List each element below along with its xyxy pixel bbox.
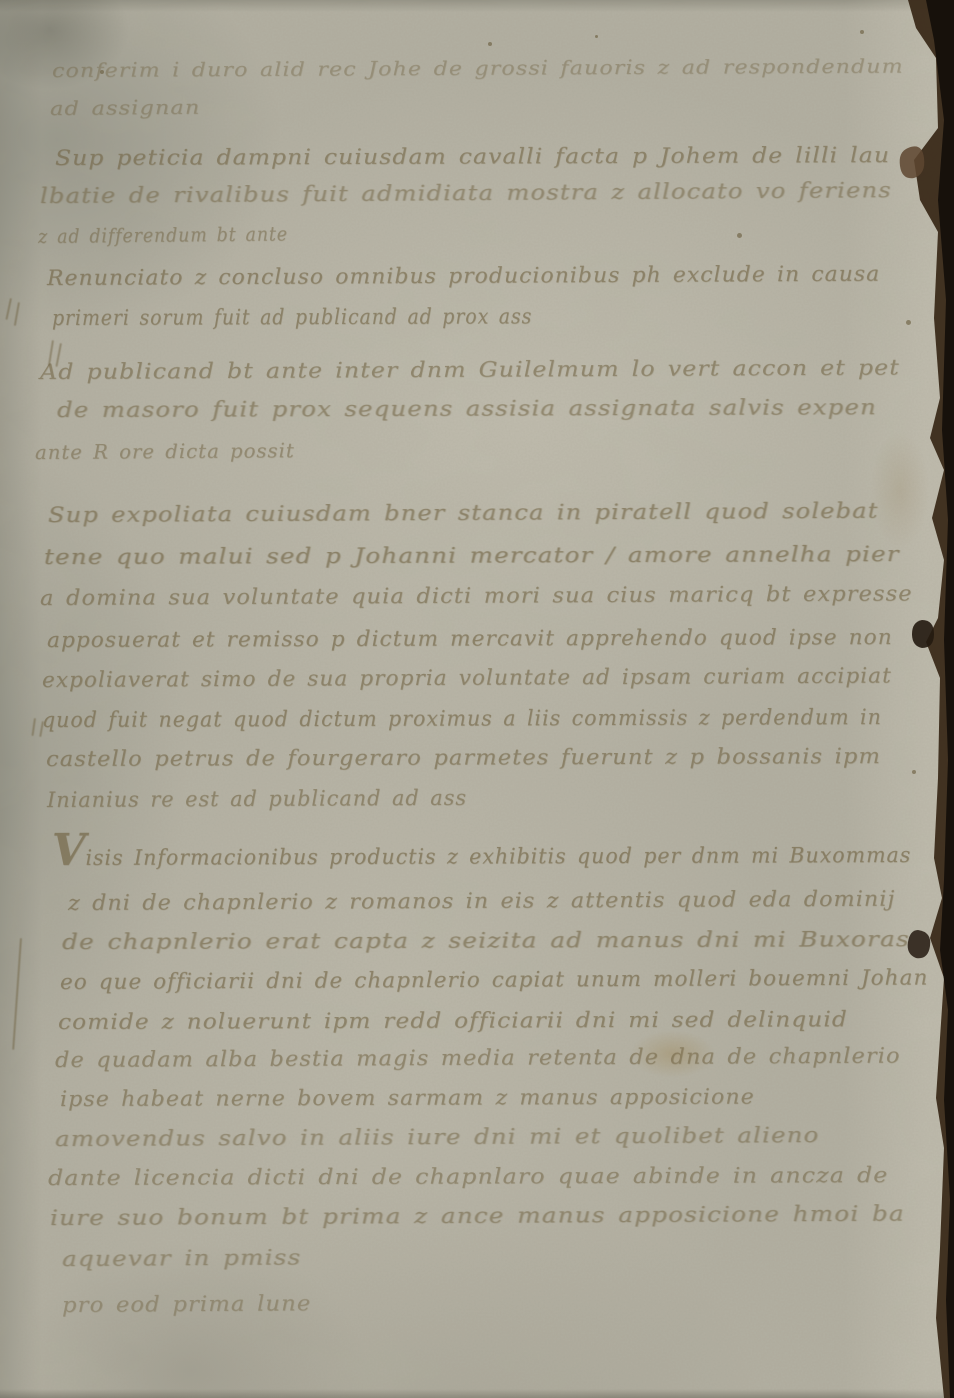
- ink-dot-7: [100, 70, 104, 74]
- manuscript-line-15: expoliaverat simo de sua propria volunta…: [42, 664, 892, 692]
- manuscript-line-9: de masoro fuit prox sequens assisia assi…: [57, 395, 877, 422]
- manuscript-line-13: a domina sua voluntate quia dicti mori s…: [40, 581, 913, 610]
- ink-dot-5: [860, 30, 864, 34]
- manuscript-line-12: tene quo malui sed p Johanni mercator / …: [44, 542, 900, 569]
- ink-dot-4: [595, 35, 598, 38]
- manuscript-line-6: Renunciato z concluso omnibus producioni…: [47, 262, 880, 290]
- manuscript-line-10: ante R ore dicta possit: [35, 438, 295, 464]
- manuscript-line-7: primeri sorum fuit ad publicand ad prox …: [52, 304, 532, 330]
- manuscript-line-21: de chapnlerio erat capta z seizita ad ma…: [62, 927, 910, 954]
- manuscript-line-5: z ad differendum bt ante: [38, 221, 288, 248]
- manuscript-line-8: Ad publicand bt ante inter dnm Guilelmum…: [40, 355, 900, 384]
- margin-ink-stroke-5: [12, 938, 22, 1050]
- manuscript-line-30: pro eod prima lune: [62, 1291, 312, 1317]
- manuscript-line-19: Visis Informacionibus productis z exhibi…: [52, 843, 911, 870]
- manuscript-line-27: dante licencia dicti dni de chapnlaro qu…: [48, 1163, 889, 1190]
- manuscript-line-25: ipse habeat nerne bovem sarmam z manus a…: [60, 1085, 755, 1111]
- manuscript-line-29: aquevar in pmiss: [62, 1245, 302, 1271]
- manuscript-line-17: castello petrus de fourgeraro parmetes f…: [46, 744, 881, 771]
- manuscript-page: conferim i duro alid rec Johe de grossi …: [0, 0, 954, 1398]
- manuscript-line-28: iure suo bonum bt prima z ance manus app…: [50, 1202, 905, 1230]
- manuscript-line-16: quod fuit negat quod dictum proximus a l…: [42, 705, 882, 732]
- manuscript-line-26: amovendus salvo in aliis iure dni mi et …: [55, 1123, 820, 1151]
- decorated-initial: V: [52, 825, 86, 876]
- ink-dot-3: [488, 42, 492, 46]
- ink-dot-6: [912, 770, 916, 774]
- torn-page-edge: [894, 0, 954, 1398]
- manuscript-line-2: ad assignan: [50, 95, 201, 120]
- manuscript-line-11: Sup expoliata cuiusdam bner stanca in pi…: [48, 499, 879, 527]
- manuscript-line-18: Inianius re est ad publicand ad ass: [47, 786, 467, 812]
- manuscript-line-22: eo que officiarii dni de chapnlerio capi…: [60, 965, 928, 994]
- ink-dot-1: [737, 233, 742, 238]
- manuscript-line-24: de quadam alba bestia magis media retent…: [55, 1044, 901, 1072]
- ink-dot-2: [906, 320, 911, 325]
- manuscript-line-4: lbatie de rivalibus fuit admidiata mostr…: [40, 178, 892, 208]
- margin-ink-stroke-1: [5, 298, 12, 320]
- manuscript-line-20: z dni de chapnlerio z romanos in eis z a…: [68, 887, 896, 915]
- manuscript-line-3: Sup peticia dampni cuiusdam cavalli fact…: [55, 143, 890, 170]
- margin-ink-stroke-2: [14, 302, 20, 326]
- manuscript-line-1: conferim i duro alid rec Johe de grossi …: [52, 54, 904, 82]
- manuscript-line-23: comide z noluerunt ipm redd officiarii d…: [58, 1007, 848, 1034]
- manuscript-line-14: apposuerat et remisso p dictum mercavit …: [47, 625, 893, 652]
- margin-ink-stroke-3: [31, 718, 35, 736]
